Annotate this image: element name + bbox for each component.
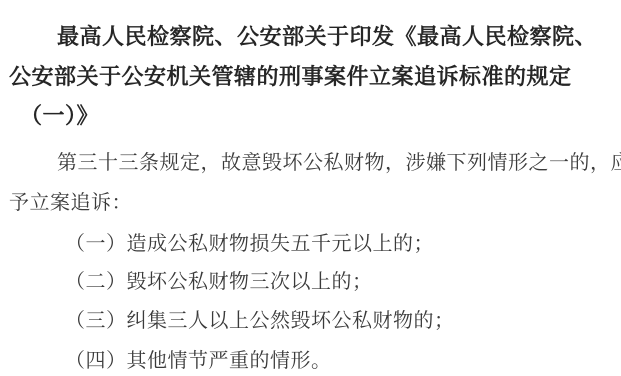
list-item: （三）纠集三人以上公然毁坏公私财物的； — [65, 304, 455, 333]
paragraph-line-2: 予立案追诉： — [9, 186, 132, 215]
title-line-3: （一）》 — [20, 99, 99, 130]
paragraph-line-1: 第三十三条规定，故意毁坏公私财物，涉嫌下列情形之一的，应 — [57, 146, 621, 175]
list-item: （四）其他情节严重的情形。 — [65, 344, 332, 373]
title-line-2: 公安部关于公安机关管辖的刑事案件立案追诉标准的规定 — [9, 60, 572, 91]
title-line-1: 最高人民检察院、公安部关于印发《最高人民检察院、 — [57, 20, 597, 51]
list-item: （一）造成公私财物损失五千元以上的； — [65, 227, 434, 256]
list-item: （二）毁坏公私财物三次以上的； — [65, 265, 373, 294]
